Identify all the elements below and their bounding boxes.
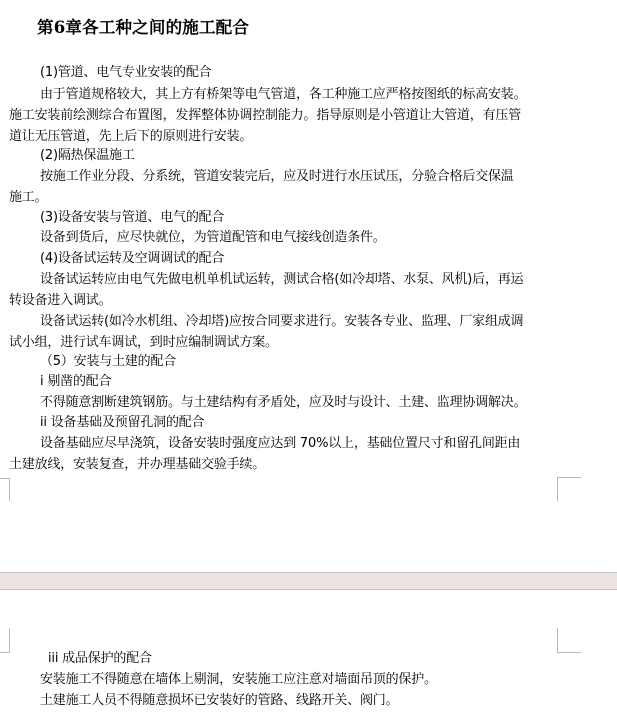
text-line: i 剔凿的配合 (40, 372, 111, 392)
text-line: 试小组，进行试车调试，到时应编制调试方案。 (9, 333, 278, 353)
page-separator (0, 572, 617, 590)
text-line: （5）安装与土建的配合 (40, 352, 176, 372)
text-line: (1)管道、电气专业安装的配合 (40, 63, 211, 83)
text-line: 设备试运转(如冷水机组、冷却塔)应按合同要求进行。安装各专业、监理、厂家组成调 (40, 312, 523, 332)
text-line: (4)设备试运转及空调调试的配合 (40, 249, 224, 269)
text-line: 施工安装前绘测综合布置图，发挥整体协调控制能力。指导原则是小管道让大管道，有压管 (9, 106, 521, 126)
corner-mark-bottom-left (0, 478, 10, 501)
corner-mark-top-right (557, 628, 581, 653)
text-line: 安装施工不得随意在墙体上剔洞，安装施工应注意对墙面吊顶的保护。 (40, 670, 437, 690)
text-line: 土建放线，安装复查，并办理基础交验手续。 (9, 455, 265, 475)
text-line: 按施工作业分段、分系统，管道安装完后，应及时进行水压试压，分验合格后交保温 (40, 167, 514, 187)
corner-mark-bottom-right (557, 477, 581, 501)
text-line: 转设备进入调试。 (9, 291, 111, 311)
text-line: 道让无压管道，先上后下的原则进行安装。 (9, 127, 252, 147)
text-line: 不得随意割断建筑钢筋。与土建结构有矛盾处，应及时与设计、土建、监理协调解决。 (40, 393, 526, 413)
corner-mark-top-left (0, 628, 10, 653)
text-line: (3)设备安装与管道、电气的配合 (40, 208, 224, 228)
document-page-1: 第6章各工种之间的施工配合 (1)管道、电气专业安装的配合由于管道规格较大，其上… (0, 0, 617, 572)
text-line: iii 成品保护的配合 (48, 649, 152, 669)
document-page-2: iii 成品保护的配合安装施工不得随意在墙体上剔洞，安装施工应注意对墙面吊顶的保… (0, 590, 617, 725)
text-line: 土建施工人员不得随意损坏已安装好的管路、线路开关、阀门。 (40, 691, 398, 711)
text-line: 设备试运转应由电气先做电机单机试运转，测试合格(如冷却塔、水泵、风机)后，再运 (40, 270, 523, 290)
chapter-title: 第6章各工种之间的施工配合 (37, 14, 249, 38)
text-line: ii 设备基础及预留孔洞的配合 (40, 413, 204, 433)
text-line: 由于管道规格较大，其上方有桥架等电气管道，各工种施工应严格按图纸的标高安装。 (40, 85, 526, 105)
text-line: 设备到货后，应尽快就位，为管道配管和电气接线创造条件。 (40, 228, 386, 248)
text-line: 施工。 (9, 188, 47, 208)
text-line: (2)隔热保温施工 (40, 146, 135, 166)
text-line: 设备基础应尽早浇筑，设备安装时强度应达到 70%以上，基础位置尺寸和留孔间距由 (40, 434, 520, 454)
